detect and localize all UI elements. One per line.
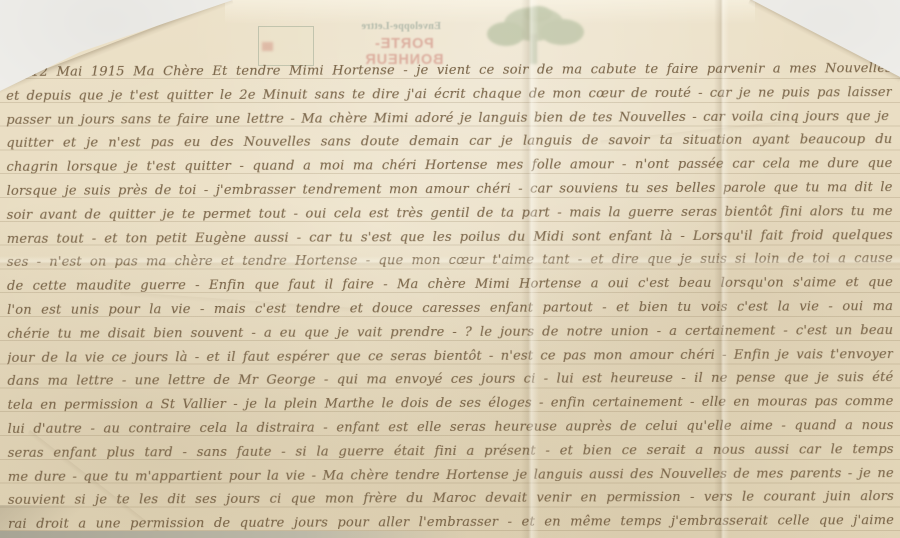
stamp-red-mark bbox=[262, 42, 273, 51]
mirrored-envelope-lettre-label: Enveloppe-Lettre bbox=[346, 21, 456, 32]
center-fold-crease bbox=[521, 0, 539, 538]
horizontal-crease bbox=[0, 256, 900, 268]
handwriting-line: chérie tu me disait bien souvent - a eu … bbox=[7, 319, 893, 347]
under-paper-edge bbox=[0, 531, 468, 538]
letter-paper: Enveloppe-Lettre PORTE-BONHEUR Le 12 Mai… bbox=[0, 0, 900, 538]
handwriting-line: et depuis que je t'est quitter le 2e Min… bbox=[6, 81, 892, 109]
right-fold-crease bbox=[714, 0, 729, 538]
handwriting-line: seras enfant plus tard - sans faute - si… bbox=[8, 438, 894, 466]
handwriting-line: Le 12 Mai 1915 Ma Chère Et tendre Mimi H… bbox=[6, 57, 892, 85]
handwriting-line: lui d'autre - au contraire cela la distr… bbox=[8, 414, 894, 442]
letter-scan: Enveloppe-Lettre PORTE-BONHEUR Le 12 Mai… bbox=[0, 0, 900, 538]
handwriting-line: l'on est unis pour la vie - mais c'est t… bbox=[7, 295, 893, 323]
handwriting-line: lorsque je suis près de toi - j'embrasse… bbox=[6, 176, 892, 204]
handwriting-line: soir avant de quitter je te permet tout … bbox=[7, 200, 893, 228]
